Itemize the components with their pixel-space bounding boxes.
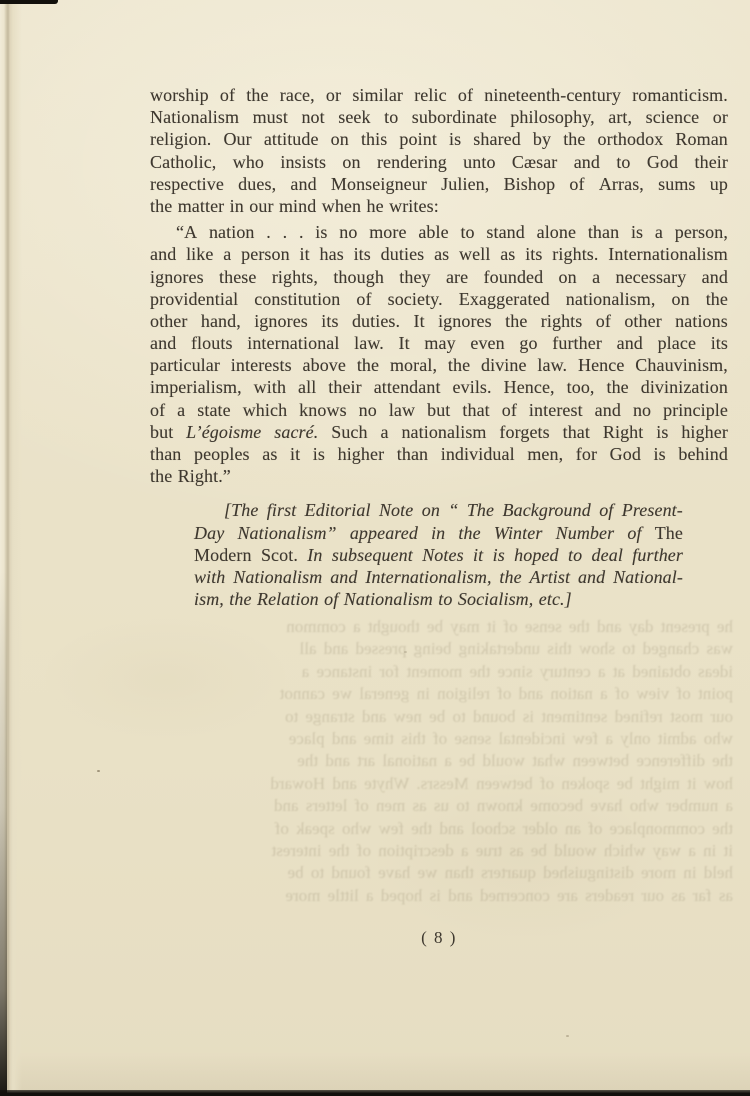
bleedthrough-line: he present day and the sense of it may b… <box>143 616 733 638</box>
text-line: [ThefirstEditorialNoteon“TheBackgroundof… <box>194 499 683 521</box>
text-line: Catholic,whoinsistsonrenderinguntoCæsara… <box>150 151 728 173</box>
text-line: butL’égoismesacré.Suchanationalismforget… <box>150 421 728 443</box>
bleedthrough-line: as far as our readers are concerned and … <box>143 885 733 907</box>
text-line: otherhand,ignoresitsduties.Itignoresther… <box>150 310 728 332</box>
text-line: ModernScot.InsubsequentNotesitishopedtod… <box>194 544 683 566</box>
bleedthrough-line: held in more distinguished quarters than… <box>143 862 733 884</box>
bleedthrough-line: the difference between what would be a n… <box>143 750 733 772</box>
opening-paragraph: worshipoftherace,orsimilarrelicofninetee… <box>150 84 728 217</box>
dust-speck <box>566 1035 569 1037</box>
book-page: he present day and the sense of it may b… <box>0 0 750 1096</box>
quotation-paragraph: “Anation...isnomoreabletostandalonethani… <box>150 221 728 487</box>
text-line: andlikeapersonithasitsdutiesaswellasitsr… <box>150 243 728 265</box>
bleedthrough-line: the commonplace of an older school and t… <box>143 818 733 840</box>
photo-background-bottom <box>0 1090 750 1096</box>
text-line: “Anation...isnomoreabletostandalonethani… <box>150 221 728 243</box>
text-line: thematterinourmindwhenhewrites: <box>150 195 728 217</box>
bleedthrough-text: he present day and the sense of it may b… <box>143 616 733 907</box>
bleedthrough-line: ideas obtained at a century since the mo… <box>143 661 733 683</box>
text-line: respectivedues,andMonseigneurJulien,Bish… <box>150 173 728 195</box>
text-line: andfloutsinternationallaw.Itmayevengofur… <box>150 332 728 354</box>
text-line: imperialism,withalltheirattendantevils.H… <box>150 376 728 398</box>
page-left-edge-shadow <box>0 570 7 1096</box>
text-line: thanpeoplesasitishigherthanindividualmen… <box>150 443 728 465</box>
bleedthrough-line: a number who have become known to us as … <box>143 795 733 817</box>
dust-speck <box>97 770 100 772</box>
bleedthrough-line: how it might be spoken of between Messrs… <box>143 773 733 795</box>
text-line: Nationalismmustnotseektosubordinatephilo… <box>150 106 728 128</box>
text-line: particularinterestsabovethemoral,thedivi… <box>150 354 728 376</box>
page-number: ( 8 ) <box>150 928 728 948</box>
text-line: ism,theRelationofNationalismtoSocialism,… <box>194 588 683 610</box>
text-line: worshipoftherace,orsimilarrelicofninetee… <box>150 84 728 106</box>
editorial-note: [ThefirstEditorialNoteon“TheBackgroundof… <box>194 499 683 610</box>
text-line: providentialconstitutionofsociety.Exagge… <box>150 288 728 310</box>
text-line: DayNationalism”appearedintheWinterNumber… <box>194 522 683 544</box>
text-line: withNationalismandInternationalism,theAr… <box>194 566 683 588</box>
text-block: worshipoftherace,orsimilarrelicofninetee… <box>150 84 728 610</box>
text-line: theRight.” <box>150 465 728 487</box>
bleedthrough-line: our most refined sentiment is bound to b… <box>143 706 733 728</box>
text-line: religion.Ourattitudeonthispointissharedb… <box>150 128 728 150</box>
bleedthrough-line: it in a way which would be as true a des… <box>143 840 733 862</box>
dust-speck <box>404 651 407 653</box>
bleedthrough-line: who admit only a few incidental sense of… <box>143 728 733 750</box>
bleedthrough-line: was changed to show this undertaking bei… <box>143 638 733 660</box>
bleedthrough-line: point of view of a nation and of religio… <box>143 683 733 705</box>
photo-background-top <box>0 0 58 4</box>
text-line: ignorestheserights,thoughtheyarefoundedo… <box>150 266 728 288</box>
text-line: ofastatewhichknowsnolawbutthatofinterest… <box>150 399 728 421</box>
